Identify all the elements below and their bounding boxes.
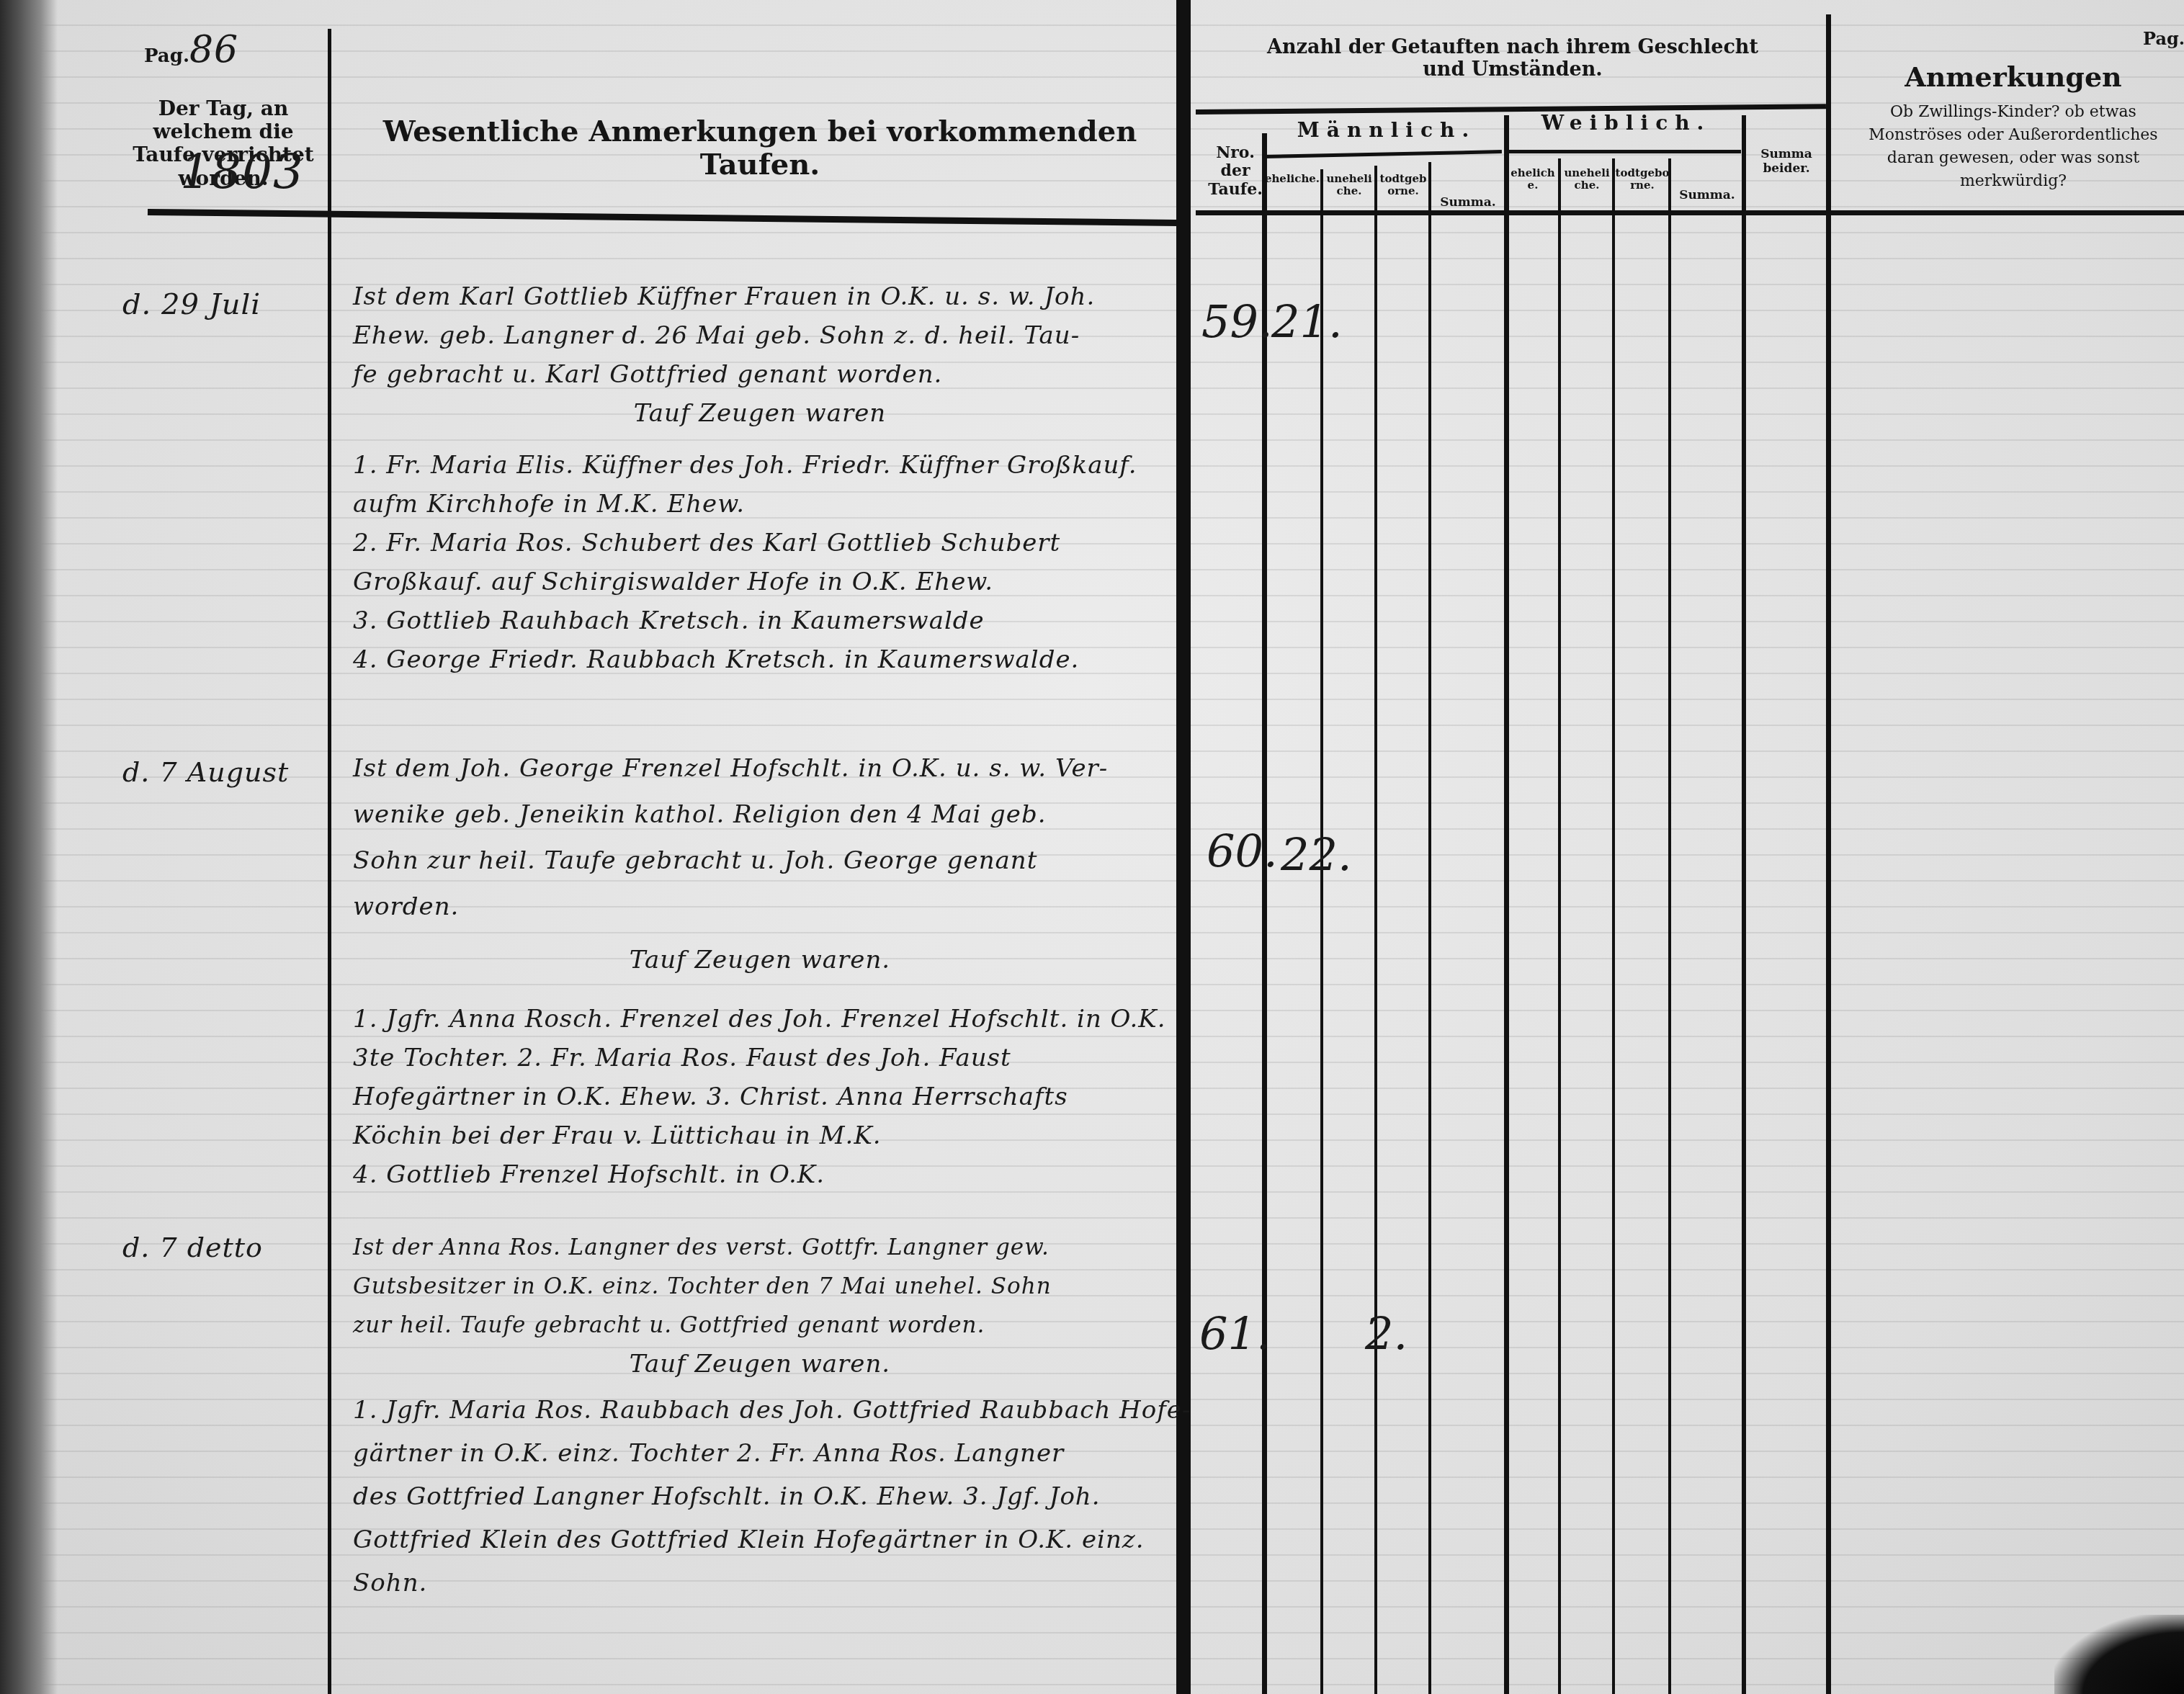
witness-line: Gottfried Klein des Gottfried Klein Hofe…: [353, 1520, 1167, 1559]
entry-line: worden.: [353, 887, 1167, 926]
female-stillborn-header: todtgeborne.: [1615, 167, 1670, 192]
count-group-header: Anzahl der Getauften nach ihrem Geschlec…: [1253, 36, 1772, 81]
witness-line: gärtner in O.K. einz. Tochter 2. Fr. Ann…: [353, 1434, 1167, 1473]
binding-shadow: [0, 0, 58, 1694]
female-legitimate-header: eheliche.: [1507, 167, 1559, 192]
male-sum-header: Summa.: [1432, 196, 1504, 210]
witness-line: 1. Fr. Maria Elis. Küffner des Joh. Frie…: [353, 446, 1167, 485]
entry-2-nro: 60.: [1207, 825, 1278, 877]
page-label-right: Pag.: [2143, 29, 2184, 49]
witness-line: Großkauf. auf Schirgiswalder Hofe in O.K…: [353, 563, 1167, 601]
witnesses-heading: Tauf Zeugen waren: [353, 394, 1167, 433]
witness-line: Sohn.: [353, 1564, 1167, 1603]
page-label: Pag.86: [144, 29, 238, 72]
entry-line: Ehew. geb. Langner d. 26 Mai geb. Sohn z…: [353, 316, 1167, 355]
remarks-column-header: Wesentliche Anmerkungen bei vorkommenden…: [339, 115, 1181, 181]
year: 1803: [180, 144, 304, 200]
notes-rule: [1826, 14, 1831, 1694]
female-header: Weiblich.: [1509, 112, 1743, 135]
witness-line: Hofegärtner in O.K. Ehew. 3. Christ. Ann…: [353, 1077, 1167, 1116]
notes-subheader: Ob Zwillings-Kinder? ob etwas Monströses…: [1844, 101, 2183, 193]
entry-2-text: Ist dem Joh. George Frenzel Hofschlt. in…: [353, 749, 1167, 1194]
ink-blot: [2054, 1615, 2184, 1694]
entry-3-male-illegitimate: 2.: [1365, 1307, 1407, 1360]
witness-line: 1. Jgfr. Maria Ros. Raubbach des Joh. Go…: [353, 1391, 1167, 1430]
page-label-text: Pag.: [144, 45, 189, 67]
witness-line: 4. Gottlieb Frenzel Hofschlt. in O.K.: [353, 1155, 1167, 1194]
entry-2-male-legitimate: 22.: [1281, 828, 1352, 881]
witnesses-heading: Tauf Zeugen waren.: [353, 1345, 1167, 1384]
witness-line: 3te Tochter. 2. Fr. Maria Ros. Faust des…: [353, 1039, 1167, 1077]
witness-line: Köchin bei der Frau v. Lüttichau in M.K.: [353, 1116, 1167, 1155]
entry-line: Gutsbesitzer in O.K. einz. Tochter den 7…: [353, 1267, 1167, 1306]
nro-rule: [1262, 133, 1267, 1694]
m-legit-rule: [1320, 169, 1323, 1694]
entry-3-text: Ist der Anna Ros. Langner des verst. Got…: [353, 1228, 1167, 1603]
female-sum-header: Summa.: [1673, 189, 1742, 203]
witness-line: des Gottfried Langner Hofschlt. in O.K. …: [353, 1477, 1167, 1516]
f-illegit-rule: [1612, 158, 1615, 1694]
entry-2-date: d. 7 August: [122, 756, 289, 788]
entry-3-date: d. 7 detto: [122, 1232, 263, 1263]
entry-line: fe gebracht u. Karl Gottfried genant wor…: [353, 355, 1167, 394]
f-still-rule: [1668, 158, 1671, 1694]
page-gutter: [1176, 0, 1191, 1694]
witness-line: 2. Fr. Maria Ros. Schubert des Karl Gott…: [353, 524, 1167, 563]
female-rule: [1507, 150, 1741, 153]
entry-3-nro: 61.: [1199, 1307, 1271, 1360]
female-illegitimate-header: uneheliche.: [1561, 167, 1613, 192]
witness-line: 4. George Friedr. Raubbach Kretsch. in K…: [353, 640, 1167, 679]
male-female-rule: [1504, 115, 1509, 1694]
entry-1-date: d. 29 Juli: [122, 288, 261, 321]
header-rule-right: [1196, 210, 2184, 215]
entry-1-nro: 59.: [1201, 295, 1273, 348]
entry-line: wenike geb. Jeneikin kathol. Religion de…: [353, 795, 1167, 834]
witness-line: 3. Gottlieb Rauhbach Kretsch. in Kaumers…: [353, 601, 1167, 640]
entry-1-male-legitimate: 21.: [1271, 295, 1343, 348]
entry-line: Ist dem Joh. George Frenzel Hofschlt. in…: [353, 749, 1167, 788]
male-legitimate-header: eheliche.: [1264, 173, 1320, 185]
entry-1-text: Ist dem Karl Gottlieb Küffner Frauen in …: [353, 277, 1167, 679]
f-legit-rule: [1558, 158, 1561, 1694]
entry-line: Sohn zur heil. Taufe gebracht u. Joh. Ge…: [353, 841, 1167, 880]
page-number: 86: [189, 28, 238, 71]
witnesses-heading: Tauf Zeugen waren.: [353, 941, 1167, 980]
male-header: Männlich.: [1268, 119, 1505, 142]
date-column-rule: [328, 29, 331, 1694]
male-illegitimate-header: uneheliche.: [1323, 173, 1375, 198]
m-still-rule: [1428, 162, 1431, 1694]
nro-header: Nro. der Taufe.: [1207, 144, 1264, 199]
m-illegit-rule: [1374, 166, 1377, 1694]
sum-both-header: Summa beider.: [1747, 148, 1826, 176]
entry-line: Ist dem Karl Gottlieb Küffner Frauen in …: [353, 277, 1167, 316]
notes-header: Anmerkungen: [1844, 61, 2183, 93]
female-sum-rule: [1742, 115, 1746, 1694]
entry-line: zur heil. Taufe gebracht u. Gottfried ge…: [353, 1306, 1167, 1345]
entry-line: Ist der Anna Ros. Langner des verst. Got…: [353, 1228, 1167, 1267]
witness-line: aufm Kirchhofe in M.K. Ehew.: [353, 485, 1167, 524]
male-stillborn-header: todtgeborne.: [1377, 173, 1429, 198]
witness-line: 1. Jgfr. Anna Rosch. Frenzel des Joh. Fr…: [353, 1000, 1167, 1039]
